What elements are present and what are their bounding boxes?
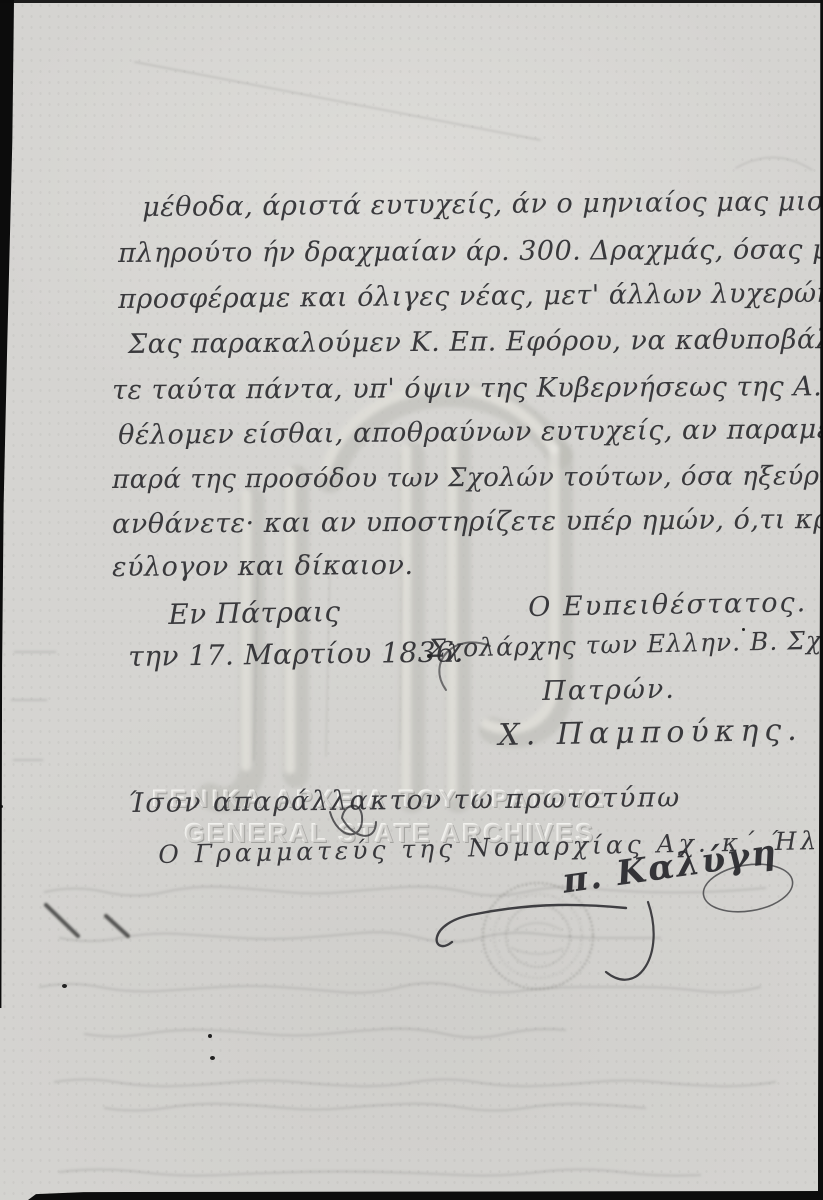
scan-border-right: [818, 0, 823, 1200]
signature-name: Χ. Παμπούκης.: [498, 713, 803, 753]
manuscript-line: Σας παρακαλούμεν Κ. Επ. Εφόρου, να καθυπ…: [128, 324, 823, 360]
signer-title-line1: Σχολάρχης των Ελλην. Β. Σχολών: [428, 624, 823, 663]
ink-speck: [427, 654, 431, 658]
signer-title-line2: Πατρών.: [542, 674, 676, 707]
manuscript-line: παρά της προσόδου των Σχολών τούτων, όσα…: [112, 460, 823, 495]
certification-line: Ίσον απαράλλακτον τω πρωτοτύπω: [128, 782, 681, 819]
dateline-place: Εν Πάτραις: [168, 595, 341, 631]
manuscript-line: τε ταύτα πάντα, υπ' όψιν της Κυβερνήσεως…: [112, 371, 823, 406]
ink-speck: [742, 628, 745, 631]
ink-speck: [208, 1034, 212, 1038]
ink-speck: [62, 984, 67, 988]
closing-phrase: Ο Ευπειθέστατος.: [528, 587, 807, 623]
manuscript-line: μέθοδα, άριστά ευτυχείς, άν ο μηνιαίος μ…: [142, 185, 823, 223]
manuscript-line: πληρούτο ήν δραχμαίαν άρ. 300. Δραχμάς, …: [118, 234, 823, 269]
manuscript-line: προσφέραμε και όλιγες νέας, μετ' άλλων λ…: [118, 278, 823, 315]
scanned-document-page: ΓΕΝΙΚΑ ΑΡΧΕΙΑ ΤΟΥ ΚΡΑΤΟΥΣ GENERAL STATE …: [0, 0, 823, 1200]
scan-border-left: [0, 0, 14, 1008]
ink-speck: [210, 1056, 215, 1060]
dateline-date: την 17. Μαρτίου 1836.: [128, 635, 464, 673]
manuscript-line: θέλομεν είσθαι, αποθραύνων ευτυχείς, αν …: [118, 413, 823, 451]
scan-border-bottom: [28, 1191, 823, 1200]
manuscript-line: ανθάνετε· και αν υποστηρίζετε υπέρ ημών,…: [112, 503, 823, 540]
scan-border-top: [0, 0, 823, 3]
manuscript-line: εύλογον και δίκαιον.: [112, 550, 414, 583]
